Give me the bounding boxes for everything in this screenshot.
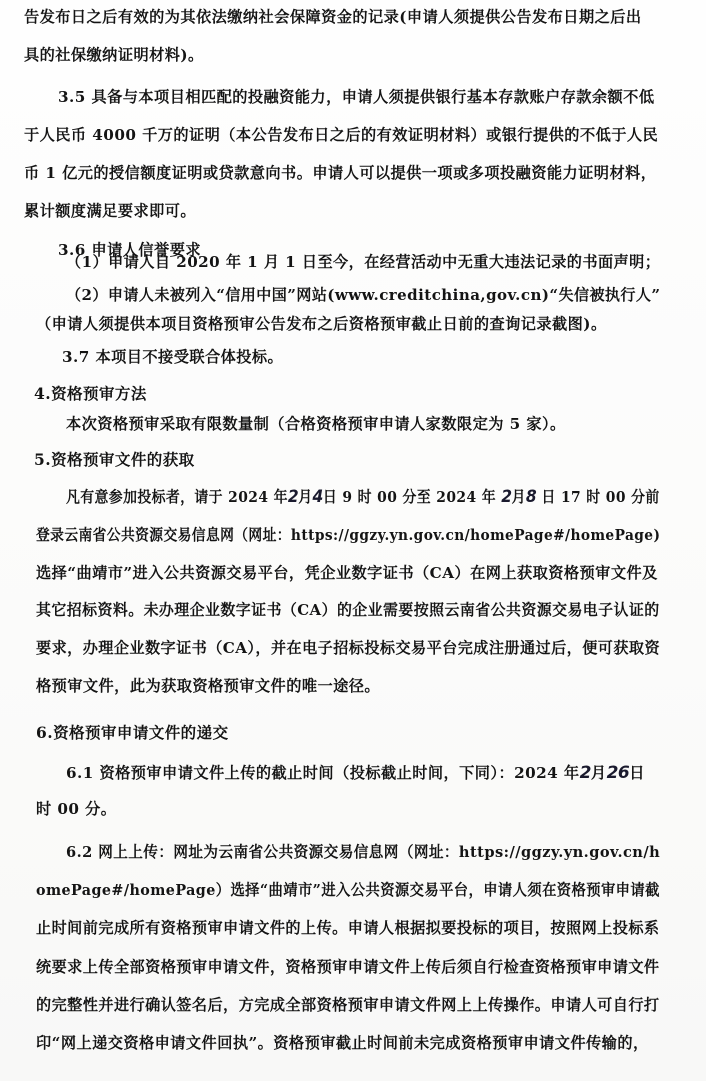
section-heading-5: 5.资格预审文件的获取 [34,450,195,470]
handwritten-deadline-day: 26 [607,763,630,783]
text-line: 止时间前完成所有资格预审申请文件的上传。申请人根据拟要投标的项目，按照网上投标系 [36,918,660,938]
section-heading-6: 6.资格预审申请文件的递交 [36,723,229,743]
text-line: 要求，办理企业数字证书（CA），并在电子招标投标交易平台完成注册通过后，便可获取… [36,638,660,658]
text-line: （1）申请人自 2020 年 1 月 1 日至今，在经营活动中无重大违法记录的书… [66,252,660,272]
text-span: 凡有意参加投标者，请于 2024 年 [66,488,288,506]
text-span: 日 17 时 00 分前 [536,488,659,506]
text-line: （2）申请人未被列入“信用中国”网站(www.creditchina,gov.c… [66,285,660,305]
handwritten-deadline-month: 2 [580,763,591,783]
text-line: 具的社保缴纳证明材料)。 [24,45,204,65]
text-line: 选择“曲靖市”进入公共资源交易平台，凭企业数字证书（CA）在网上获取资格预审文件… [36,563,658,583]
text-line: 的完整性并进行确认签名后，方完成全部资格预审申请文件网上上传操作。申请人可自行打 [36,995,660,1015]
handwritten-start-day: 4 [313,487,323,507]
section-heading-4: 4.资格预审方法 [34,384,147,404]
text-line: 6.2 网上上传：网址为云南省公共资源交易信息网（网址：https://ggzy… [66,842,660,862]
acquisition-period-line: 凡有意参加投标者，请于 2024 年2月4日 9 时 00 分至 2024 年 … [66,487,660,507]
text-line: 统要求上传全部资格预审申请文件，资格预审申请文件上传后须自行检查资格预审申请文件 [36,957,660,977]
text-line: 格预审文件，此为获取资格预审文件的唯一途径。 [36,676,380,696]
text-span: 6.1 资格预审申请文件上传的截止时间（投标截止时间，下同）：2024 年 [66,764,580,782]
deadline-line: 6.1 资格预审申请文件上传的截止时间（投标截止时间，下同）：2024 年2月2… [66,763,645,783]
text-span: 月 [512,488,526,506]
text-span: 日 9 时 00 分至 2024 年 [323,488,501,506]
text-span: 月 [591,764,607,782]
text-line: 币 1 亿元的授信额度证明或贷款意向书。申请人可以提供一项或多项投融资能力证明材… [24,163,656,183]
text-line: 本次资格预审采取有限数量制（合格资格预审申请人家数限定为 5 家）。 [66,414,566,434]
text-line: 累计额度满足要求即可。 [24,201,196,221]
text-line: 时 00 分。 [36,799,116,819]
text-line: 3.7 本项目不接受联合体投标。 [62,347,283,367]
handwritten-start-month: 2 [288,487,298,507]
text-line: 印“网上递交资格申请文件回执”。资格预审截止时间前未完成资格预审申请文件传输的， [36,1033,649,1053]
text-line-url: 登录云南省公共资源交易信息网（网址：https://ggzy.yn.gov.cn… [36,525,660,545]
text-line: 于人民币 4000 千万的证明（本公告发布日之后的有效证明材料）或银行提供的不低… [24,125,658,145]
text-line: 告发布日之后有效的为其依法缴纳社会保障资金的记录(申请人须提供公告发布日期之后出 [24,7,642,27]
text-span: 日 [629,764,645,782]
handwritten-end-day: 8 [526,487,536,507]
text-line: omePage#/homePage）选择“曲靖市”进入公共资源交易平台，申请人须… [36,880,660,900]
text-line: 其它招标资料。未办理企业数字证书（CA）的企业需要按照云南省公共资源交易电子认证… [36,600,660,620]
handwritten-end-month: 2 [501,487,511,507]
text-line: 3.5 具备与本项目相匹配的投融资能力，申请人须提供银行基本存款账户存款余额不低 [58,87,654,107]
text-span: 月 [298,488,312,506]
text-line: （申请人须提供本项目资格预审公告发布之后资格预审截止日前的查询记录截图)。 [36,314,607,334]
scanned-document-page: 告发布日之后有效的为其依法缴纳社会保障资金的记录(申请人须提供公告发布日期之后出… [0,0,706,1081]
